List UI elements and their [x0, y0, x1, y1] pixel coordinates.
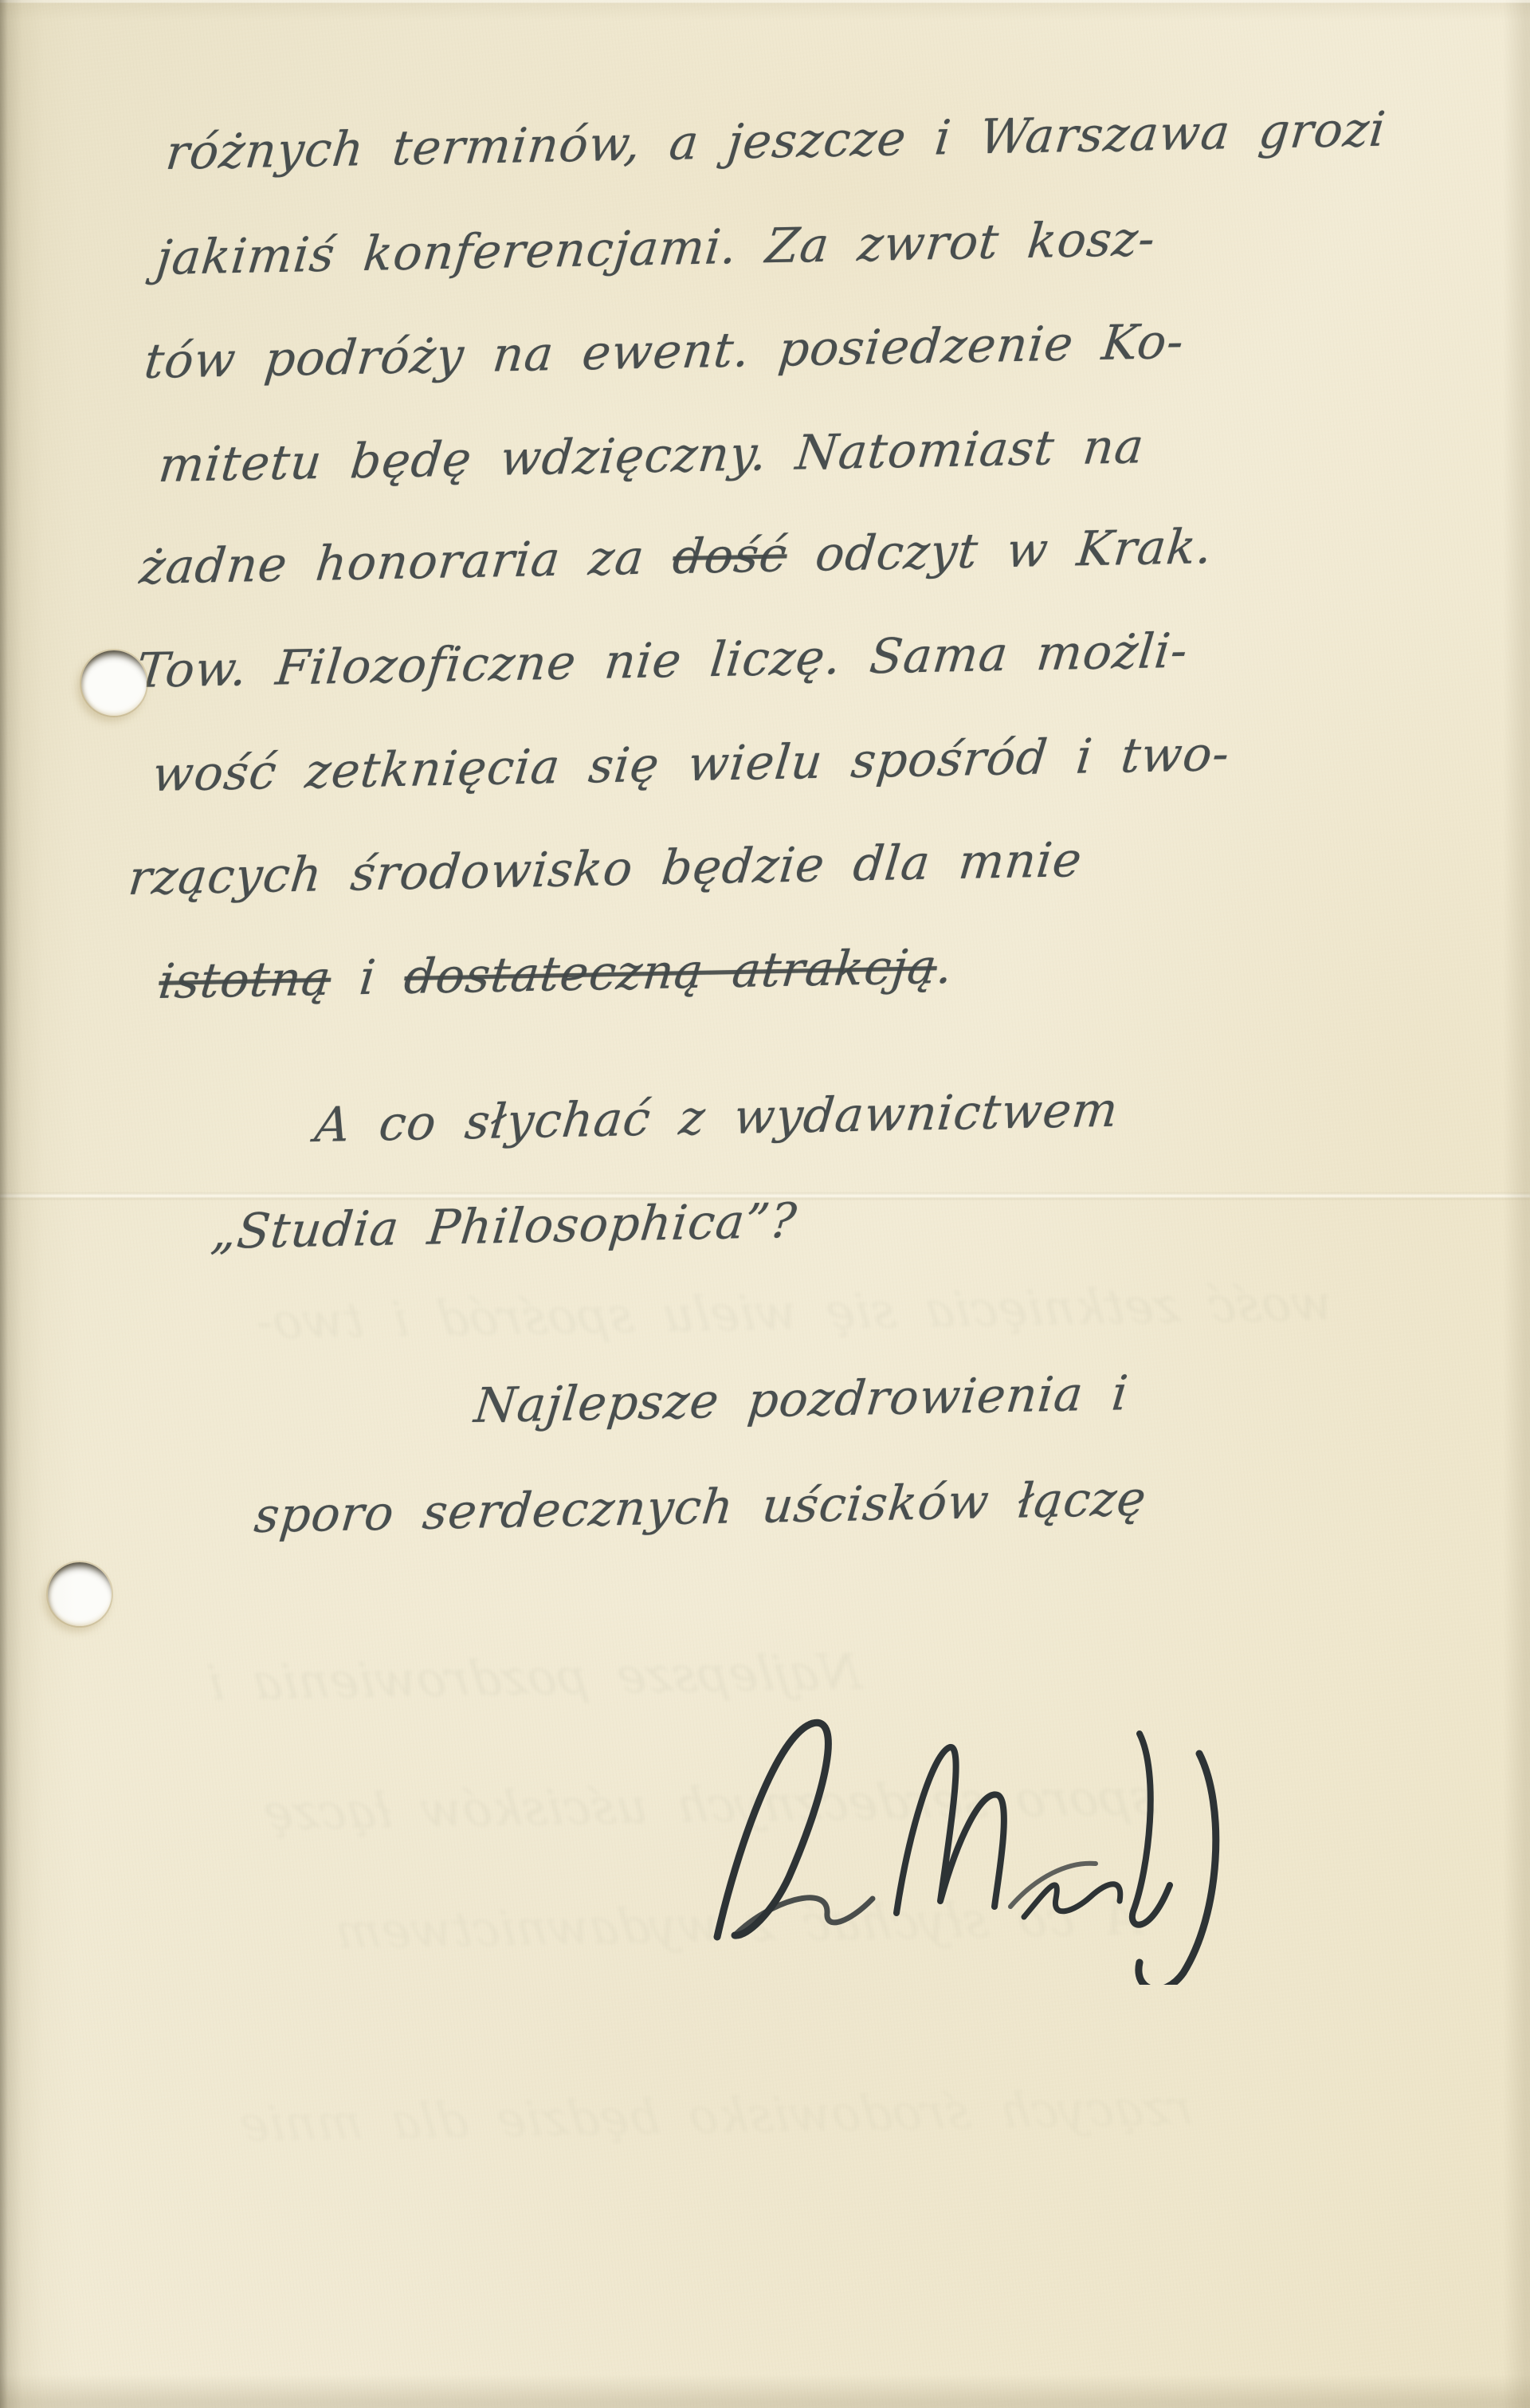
line-text: A co słychać z wydawnictwem	[312, 1082, 1121, 1153]
line-text: mitetu będę wdzięczny. Natomiast na	[156, 418, 1147, 493]
handwritten-line: A co słychać z wydawnictwem	[312, 1083, 1121, 1153]
line-text: wość zetknięcia się wielu spośród i two-	[150, 726, 1233, 803]
handwritten-line: tów podróży na ewent. posiedzenie Ko-	[142, 315, 1187, 390]
struck-word: dość	[670, 527, 790, 585]
line-text: tów podróży na ewent. posiedzenie Ko-	[142, 314, 1187, 390]
handwritten-line: Tow. Filozoficzne nie liczę. Sama możli-	[134, 624, 1191, 699]
handwritten-line: różnych terminów, a jeszcze i Warszawa g…	[163, 102, 1388, 181]
line-text: odczyt w Krak.	[784, 519, 1215, 583]
handwritten-line: wość zetknięcia się wielu spośród i two-	[150, 727, 1232, 803]
ink-bleedthrough: wość zetknięcia się wielu spośród i two-	[251, 1275, 1336, 1349]
signature-ink-icon	[693, 1698, 1267, 1985]
line-text: sporo serdecznych uścisków łączę	[252, 1471, 1149, 1544]
handwritten-line: mitetu będę wdzięczny. Natomiast na	[156, 419, 1147, 493]
handwritten-line: „Studia Philosophica”?	[209, 1194, 799, 1260]
handwritten-line: rzących środowisko będzie dla mnie	[126, 833, 1085, 906]
line-text: różnych terminów, a jeszcze i Warszawa g…	[163, 101, 1388, 181]
line-text: i	[328, 949, 408, 1007]
handwritten-line: istotną i dostateczną atrakcją.	[156, 940, 955, 1010]
handwritten-line: jakimiś konferencjami. Za zwrot kosz-	[154, 212, 1158, 286]
handwritten-line: żadne honoraria za dość odczyt w Krak.	[137, 520, 1215, 595]
punch-hole-bottom	[48, 1562, 112, 1626]
struck-word: istotną	[156, 951, 334, 1010]
punch-hole-top	[81, 650, 147, 716]
line-text: „Studia Philosophica”?	[209, 1193, 799, 1260]
line-text: żadne honoraria za	[137, 529, 676, 595]
handwritten-line: sporo serdecznych uścisków łączę	[252, 1471, 1149, 1544]
line-text: jakimiś konferencjami. Za zwrot kosz-	[154, 211, 1158, 286]
line-text: rzących środowisko będzie dla mnie	[126, 832, 1085, 906]
signature-scrawl	[693, 1698, 1267, 1985]
ink-bleedthrough: rzących środowisko będzie dla mnie	[235, 2080, 1196, 2153]
line-text: Tow. Filozoficzne nie liczę. Sama możli-	[134, 623, 1191, 699]
letter-page: różnych terminów, a jeszcze i Warszawa g…	[0, 0, 1530, 2408]
handwritten-line: Najlepsze pozdrowienia i	[472, 1366, 1131, 1434]
line-text: Najlepsze pozdrowienia i	[472, 1365, 1131, 1434]
struck-word: dostateczną atrakcją	[402, 939, 940, 1005]
